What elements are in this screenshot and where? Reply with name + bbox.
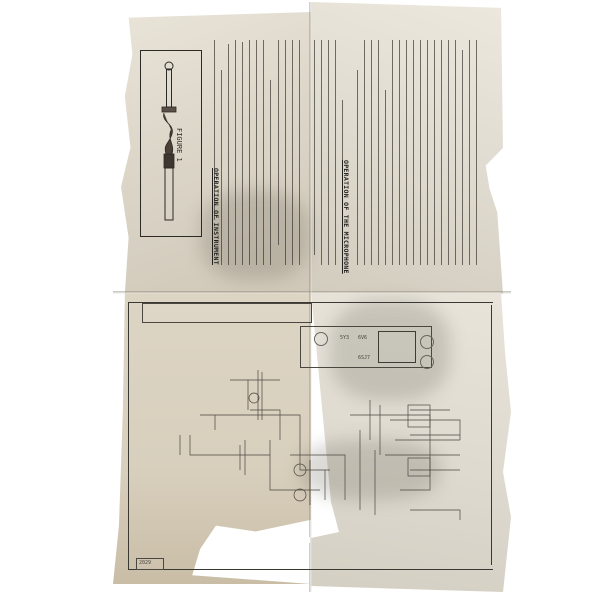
paper-tear (200, 527, 310, 567)
microphone-text-column (312, 40, 482, 265)
title-block (142, 303, 312, 323)
tube-label: 5Y3 (340, 335, 349, 341)
transformer-outline (378, 331, 416, 363)
corner-stamp: 2029 (139, 560, 151, 566)
schematic-border-right (491, 305, 492, 565)
horizontal-fold (113, 291, 511, 294)
tube-socket (420, 335, 434, 349)
heading-operation-of-instrument: OPERATION OF INSTRUMENT (212, 168, 220, 265)
schematic-diagram (170, 360, 480, 530)
tube-socket (314, 332, 328, 346)
tube-label: 6V6 (358, 335, 367, 341)
document-photo: FIGURE 1 OPERATION OF INSTRUMENT (0, 0, 600, 600)
instrument-text-column (212, 40, 308, 265)
figure-caption: FIGURE 1 (175, 128, 183, 162)
heading-operation-of-microphone: OPERATION OF THE MICROPHONE (342, 160, 350, 274)
